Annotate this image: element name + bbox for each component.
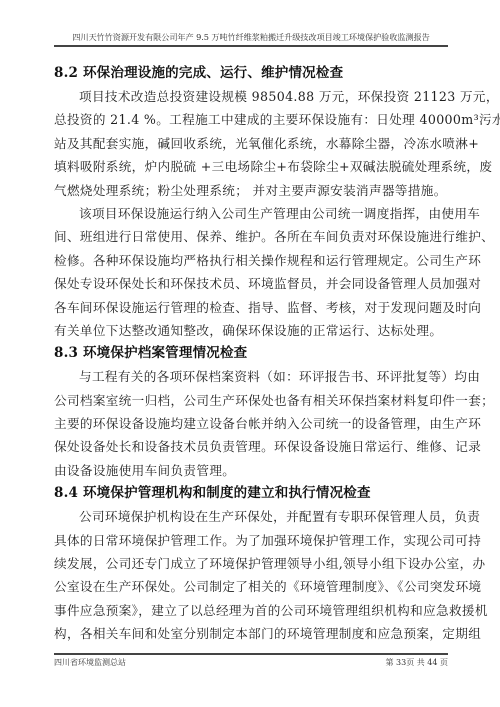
paragraph-management: 公司环境保护机构设在生产环保处，并配置有专职环保管理人员，负责 具体的日常环境保… [54,505,448,645]
text-line: 填料吸附系统，炉内脱硫 +三电场除尘+布袋除尘+双碱法脱硫处理系统，废 [54,155,448,178]
section-heading-8-2: 8.2 环保治理设施的完成、运行、维护情况检查 [54,62,448,85]
document-page: 四川天竹竹资源开发有限公司年产 9.5 万吨竹纤维浆粕搬迁升级技改项目竣工环境保… [0,0,500,707]
text-line: 站及其配套实施，碱回收系统，光氧催化系统，水幕除尘器，冷冻水喷淋+ [54,132,448,155]
footer-rule [54,653,448,655]
text-line: 该项目环保设施运行纳入公司生产管理由公司统一调度指挥，由使用车 [54,202,448,225]
text-line: 有关单位下达整改通知整改，确保环保设施的正常运行、达标处理。 [54,319,448,342]
running-header: 四川天竹竹资源开发有限公司年产 9.5 万吨竹纤维浆粕搬迁升级技改项目竣工环境保… [54,32,448,43]
text-line: 续发展，公司还专门成立了环境保护管理领导小组,领导小组下设办公室，办 [54,552,448,575]
text-line: 总投资的 21.4 %。工程施工中建成的主要环保设施有：日处理 40000m³污… [54,108,448,131]
footer-organization: 四川省环境监测总站 [54,657,126,668]
text-line: 公司档案室统一归档，公司生产环保处也备有相关环保挡案材料复印件一套； [54,389,448,412]
paragraph-archives: 与工程有关的各项环保档案资料（如：环评报告书、环评批复等）均由 公司档案室统一归… [54,365,448,482]
text-line: 检修。各种环保设施均严格执行相关操作规程和运行管理规定。公司生产环 [54,249,448,272]
text-line: 项目技术改造总投资建设规模 98504.88 万元，环保投资 21123 万元，… [54,85,448,108]
text-line: 事件应急预案》，建立了以总经理为首的公司环境管理组织机构和应急救援机 [54,599,448,622]
text-line: 公室设在生产环保处。公司制定了相关的《环境管理制度》、《公司突发环境 [54,575,448,598]
text-line: 主要的环保设备设施均建立设备台帐并纳入公司统一的设备管理，由生产环 [54,412,448,435]
text-line: 保处专设环保处长和环保技术员、环境监督员，并会同设备管理人员加强对 [54,272,448,295]
section-heading-8-4: 8.4 环境保护管理机构和制度的建立和执行情况检查 [54,482,448,505]
text-line: 构，各相关车间和处室分别制定本部门的环境管理制度和应急预案，定期组 [54,622,448,645]
text-line: 由设备设施使用车间负责管理。 [54,459,448,482]
text-line: 气燃烧处理系统；粉尘处理系统； 并对主要声源安装消声器等措施。 [54,179,448,202]
page-body: 8.2 环保治理设施的完成、运行、维护情况检查 项目技术改造总投资建设规模 98… [54,62,448,646]
text-line: 公司环境保护机构设在生产环保处，并配置有专职环保管理人员，负责 [54,505,448,528]
paragraph-operation: 该项目环保设施运行纳入公司生产管理由公司统一调度指挥，由使用车 间、班组进行日常… [54,202,448,342]
paragraph-investment: 项目技术改造总投资建设规模 98504.88 万元，环保投资 21123 万元，… [54,85,448,202]
text-line: 各车间环保设施运行管理的检查、指导、监督、考核，对于发现问题及时向 [54,296,448,319]
text-line: 保处设备处长和设备技术员负责管理。环保设备设施日常运行、维修、记录 [54,435,448,458]
page-number: 第 33页 共 44 页 [385,657,448,668]
header-rule [54,45,448,47]
text-line: 与工程有关的各项环保档案资料（如：环评报告书、环评批复等）均由 [54,365,448,388]
text-line: 具体的日常环境保护管理工作。为了加强环境保护管理工作，实现公司可持 [54,529,448,552]
text-line: 间、班组进行日常使用、保养、维护。各所在车间负责对环保设施进行维护、 [54,225,448,248]
section-heading-8-3: 8.3 环境保护档案管理情况检查 [54,342,448,365]
